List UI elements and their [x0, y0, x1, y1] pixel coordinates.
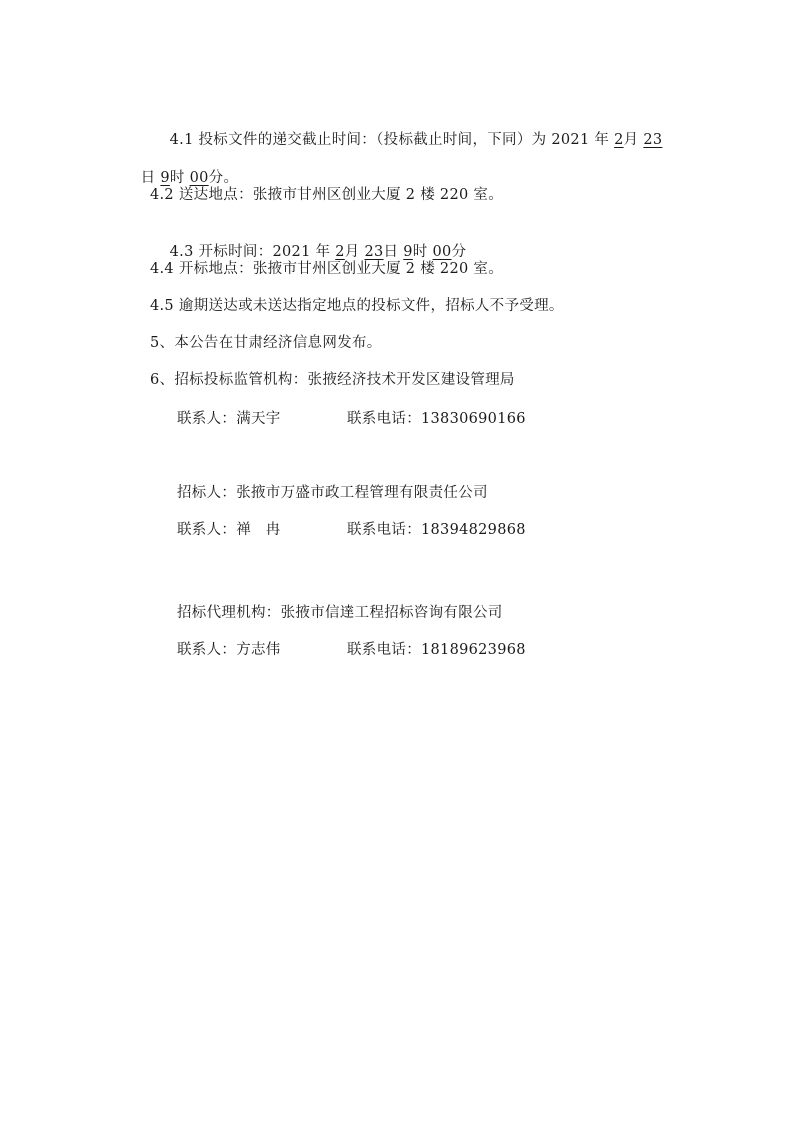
- deadline-day: 23: [643, 132, 662, 148]
- opening-day: 23: [364, 244, 383, 260]
- minute-unit: 分: [452, 244, 467, 260]
- opening-hour: 9: [403, 244, 413, 260]
- supervisor-contact-phone: 联系电话：13830690166: [347, 409, 526, 429]
- month-unit: 月: [624, 132, 644, 148]
- deadline-hour: 9: [160, 170, 170, 186]
- deadline-month: 2: [614, 132, 624, 148]
- supervisor-contact-person: 联系人：满天宇: [177, 409, 347, 429]
- hour-unit: 时: [413, 244, 433, 260]
- tenderer-contact-phone: 联系电话：18394829868: [347, 520, 526, 540]
- item-5: 5、本公告在甘肃经济信息网发布。: [150, 333, 382, 353]
- month-unit: 月: [345, 244, 365, 260]
- item-4-5: 4.5 逾期送达或未送达指定地点的投标文件，招标人不予受理。: [150, 296, 564, 316]
- minute-unit: 分。: [209, 170, 239, 186]
- hour-unit: 时: [170, 170, 190, 186]
- item-4-1-text: 4.1 投标文件的递交截止时间：（投标截止时间，下同）为 2021 年: [170, 132, 614, 148]
- agency-contact-person: 联系人：方志伟: [177, 640, 347, 660]
- item-4-2: 4.2 送达地点：张掖市甘州区创业大厦 2 楼 220 室。: [150, 185, 503, 205]
- supervisor-contact: 联系人：满天宇联系电话：13830690166: [177, 409, 526, 429]
- day-unit: 日: [384, 244, 404, 260]
- item-4-4: 4.4 开标地点：张掖市甘州区创业大厦 2 楼 220 室。: [150, 259, 503, 279]
- tenderer-label: 招标人：张掖市万盛市政工程管理有限责任公司: [177, 483, 488, 503]
- agency-contact-phone: 联系电话：18189623968: [347, 640, 526, 660]
- opening-minute: 00: [433, 244, 452, 260]
- item-4-3-text: 4.3 开标时间：2021 年: [170, 244, 336, 260]
- agency-label: 招标代理机构：张掖市信達工程招标咨询有限公司: [177, 603, 503, 623]
- opening-month: 2: [335, 244, 345, 260]
- item-6: 6、招标投标监管机构：张掖经济技术开发区建设管理局: [150, 370, 515, 390]
- agency-contact: 联系人：方志伟联系电话：18189623968: [177, 640, 526, 660]
- tenderer-contact-person: 联系人：禅 冉: [177, 520, 347, 540]
- day-unit: 日: [141, 170, 161, 186]
- deadline-minute: 00: [190, 170, 209, 186]
- tenderer-contact: 联系人：禅 冉联系电话：18394829868: [177, 520, 526, 540]
